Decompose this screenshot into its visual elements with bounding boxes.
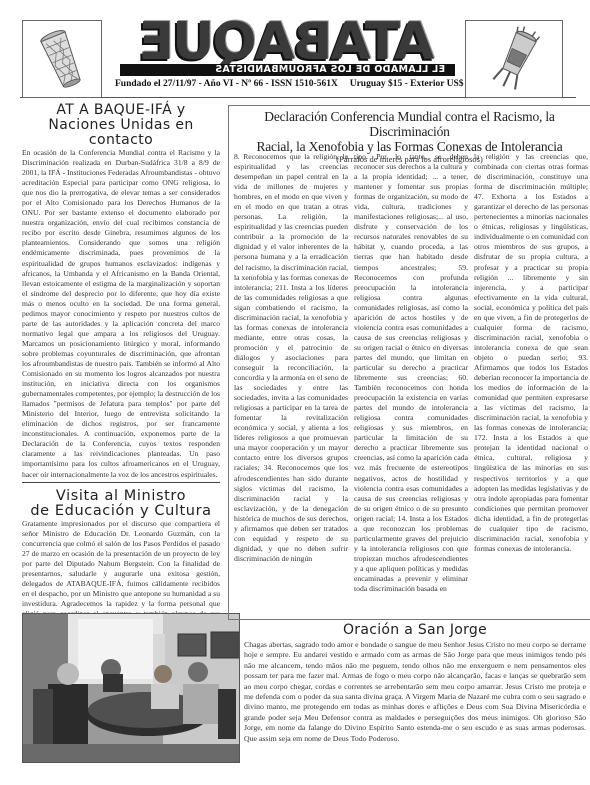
article-ministro-title: Visita al Ministro de Educación y Cultur… xyxy=(22,489,220,519)
title-line: Visita al Ministro xyxy=(22,489,220,504)
drum-icon xyxy=(466,21,562,97)
title-line: AT A BAQUE-IFÁ y xyxy=(22,103,220,118)
title-line: Declaración Conferencia Mundial contra e… xyxy=(229,109,590,139)
logo: ATABAQUE EL LLAMADO DE LOS AFROUMBANDIST… xyxy=(120,20,455,76)
drum-icon xyxy=(23,21,101,97)
logo-title: ATABAQUE xyxy=(120,20,455,64)
drum-image-left xyxy=(22,20,102,98)
declaration-columns: 8. Reconocemos que la religión, la espir… xyxy=(234,152,589,594)
declaration-column-2: tipo. Por lo tanto, se deben reconocer s… xyxy=(354,152,468,594)
oracion-title: Oración a San Jorge xyxy=(240,622,590,638)
oracion-body: Chagas abertas, sagrado todo amor e bond… xyxy=(244,640,586,744)
article-un-body: En ocasión de la Conferencia Mundial con… xyxy=(22,148,220,480)
masthead: ATABAQUE EL LLAMADO DE LOS AFROUMBANDIST… xyxy=(20,20,576,98)
title-line: Naciones Unidas en contacto xyxy=(22,118,220,148)
divider xyxy=(22,482,220,483)
declaration-title: Declaración Conferencia Mundial contra e… xyxy=(229,106,590,154)
drum-image-right xyxy=(465,20,563,98)
title-line: de Educación y Cultura xyxy=(22,504,220,519)
left-column: AT A BAQUE-IFÁ y Naciones Unidas en cont… xyxy=(22,103,220,689)
declaration-column-1: 8. Reconocemos que la religión, la espir… xyxy=(234,152,348,594)
logo-subtitle: EL LLAMADO DE LOS AFROUMBANDISTAS xyxy=(215,64,445,76)
logo-subtitle-bar: EL LLAMADO DE LOS AFROUMBANDISTAS xyxy=(120,64,455,76)
price-line: Uruguay $15 - Exterior US$ 1 xyxy=(350,79,471,89)
founded-line: Fundado el 27/11/97 - Año VI - Nº 66 - I… xyxy=(115,79,338,89)
meeting-photo xyxy=(22,613,240,763)
declaration-column-3: la religión y las creencias que, combina… xyxy=(474,152,588,594)
declaration-box: Declaración Conferencia Mundial contra e… xyxy=(228,105,590,620)
article-un-title: AT A BAQUE-IFÁ y Naciones Unidas en cont… xyxy=(22,103,220,148)
photo-image-icon xyxy=(23,614,240,763)
issue-info: Fundado el 27/11/97 - Año VI - Nº 66 - I… xyxy=(115,79,460,89)
